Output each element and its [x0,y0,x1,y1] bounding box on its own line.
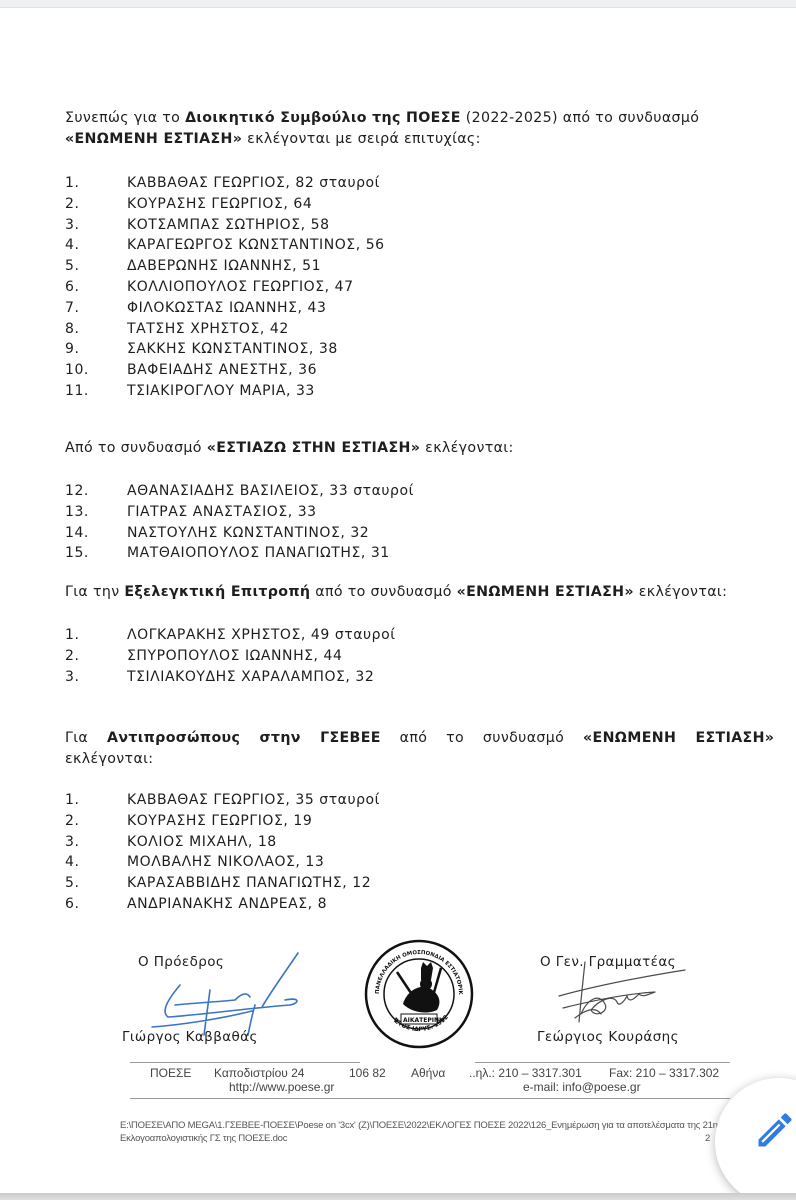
list-item-number: 1. [65,625,127,646]
list-item-number: 3. [65,667,127,688]
footer-address: Καποδιστρίου 24 [214,1066,304,1080]
list-item-number: 1. [65,173,127,194]
coalition-name: «ΕΝΩΜΕΝΗ ΕΣΤΙΑΣΗ» [65,131,242,147]
list-item: 7.ΦΙΛΟΚΩΣΤΑΣ ΙΩΑΝΝΗΣ, 43 [65,298,565,319]
list-item-number: 2. [65,811,127,832]
footer-city: Αθήνα [411,1066,445,1080]
list-item: 3.ΤΣΙΛΙΑΚΟΥΔΗΣ ΧΑΡΑΛΑΜΠΟΣ, 32 [65,667,565,688]
president-name: Γιώργος Καββαθάς [122,1029,258,1045]
viewer-bottom-bar [0,1193,796,1200]
list-item: 8.ΤΑΤΣΗΣ ΧΡΗΣΤΟΣ, 42 [65,319,565,340]
list-item: 10.ΒΑΦΕΙΑΔΗΣ ΑΝΕΣΤΗΣ, 36 [65,360,565,381]
list-item-number: 10. [65,360,127,381]
list-item-number: 5. [65,256,127,277]
audit-committee-list: 1.ΛΟΓΚΑΡΑΚΗΣ ΧΡΗΣΤΟΣ, 49 σταυροί2.ΣΠΥΡΟΠ… [65,625,565,687]
list-item: 3.ΚΟΛΙΟΣ ΜΙΧΑΗΛ, 18 [65,832,565,853]
footer-email[interactable]: e-mail: info@poese.gr [523,1080,641,1094]
list-item-text: ΚΑΒΒΑΘΑΣ ΓΕΩΡΓΙΟΣ, 35 σταυροί [127,790,380,811]
board-intro-paragraph: Συνεπώς για το Διοικητικό Συμβούλιο της … [65,108,775,150]
list-item: 9.ΣΑΚΚΗΣ ΚΩΝΣΤΑΝΤΙΝΟΣ, 38 [65,339,565,360]
footer-fax: Fax: 210 – 3317.302 [609,1066,719,1080]
list-item-text: ΔΑΒΕΡΩΝΗΣ ΙΩΑΝΝΗΣ, 51 [127,256,321,277]
coalition-name: «ΕΣΤΙΑΖΩ ΣΤΗΝ ΕΣΤΙΑΣΗ» [207,440,421,456]
president-signature [140,945,310,1040]
list-item: 1.ΛΟΓΚΑΡΑΚΗΣ ΧΡΗΣΤΟΣ, 49 σταυροί [65,625,565,646]
list-item: 2.ΣΠΥΡΟΠΟΥΛΟΣ ΙΩΑΝΝΗΣ, 44 [65,646,565,667]
list-item-number: 3. [65,215,127,236]
list-item-text: ΑΘΑΝΑΣΙΑΔΗΣ ΒΑΣΙΛΕΙΟΣ, 33 σταυροί [127,481,414,502]
list-item: 5.ΔΑΒΕΡΩΝΗΣ ΙΩΑΝΝΗΣ, 51 [65,256,565,277]
list-item-number: 3. [65,832,127,853]
list-item-text: ΚΑΡΑΣΑΒΒΙΔΗΣ ΠΑΝΑΓΙΩΤΗΣ, 12 [127,873,371,894]
secretary-signature [555,960,695,1030]
list-item-number: 4. [65,235,127,256]
footer-divider-bottom [130,1098,730,1099]
list-item-number: 12. [65,481,127,502]
list-item-number: 11. [65,381,127,402]
file-path-line-2: Εκλογοαπολογιστικής ΓΣ της ΠΟΕΣΕ.doc [120,1133,287,1144]
list-item-text: ΓΙΑΤΡΑΣ ΑΝΑΣΤΑΣΙΟΣ, 33 [127,502,317,523]
list-item: 1.ΚΑΒΒΑΘΑΣ ΓΕΩΡΓΙΟΣ, 82 σταυροί [65,173,565,194]
svg-text:Α. ΑΙΚΑΤΕΡΙΝΗ: Α. ΑΙΚΑΤΕΡΙΝΗ [394,1017,444,1024]
list-item-text: ΤΣΙΛΙΑΚΟΥΔΗΣ ΧΑΡΑΛΑΜΠΟΣ, 32 [127,667,374,688]
list-item: 4.ΜΟΛΒΑΛΗΣ ΝΙΚΟΛΑΟΣ, 13 [65,852,565,873]
list-item-text: ΦΙΛΟΚΩΣΤΑΣ ΙΩΑΝΝΗΣ, 43 [127,298,326,319]
list-item-text: ΚΟΥΡΑΣΗΣ ΓΕΩΡΓΙΟΣ, 64 [127,194,312,215]
list-item: 2.ΚΟΥΡΑΣΗΣ ΓΕΩΡΓΙΟΣ, 64 [65,194,565,215]
list-item-text: ΣΠΥΡΟΠΟΥΛΟΣ ΙΩΑΝΝΗΣ, 44 [127,646,342,667]
secretary-name: Γεώργιος Κουράσης [537,1029,679,1045]
page-number: 2 [705,1133,710,1144]
list-item-text: ΛΟΓΚΑΡΑΚΗΣ ΧΡΗΣΤΟΣ, 49 σταυροί [127,625,396,646]
list-item: 6.ΚΟΛΛΙΟΠΟΥΛΟΣ ΓΕΩΡΓΙΟΣ, 47 [65,277,565,298]
representatives-list: 1.ΚΑΒΒΑΘΑΣ ΓΕΩΡΓΙΟΣ, 35 σταυροί2.ΚΟΥΡΑΣΗ… [65,790,565,915]
list-item-text: ΚΑΡΑΓΕΩΡΓΟΣ ΚΩΝΣΤΑΝΤΙΝΟΣ, 56 [127,235,385,256]
footer-website[interactable]: http://www.poese.gr [229,1080,334,1094]
list-item-number: 4. [65,852,127,873]
list-item: 15.ΜΑΤΘΑΙΟΠΟΥΛΟΣ ΠΑΝΑΓΙΩΤΗΣ, 31 [65,543,565,564]
list-item-text: ΚΟΛΙΟΣ ΜΙΧΑΗΛ, 18 [127,832,277,853]
list-item-text: ΚΟΛΛΙΟΠΟΥΛΟΣ ΓΕΩΡΓΙΟΣ, 47 [127,277,354,298]
representatives-paragraph: Για Αντιπροσώπους στην ΓΣΕΒΕΕ από το συν… [65,728,775,770]
footer-divider-top-right [475,1062,730,1063]
list-item-number: 6. [65,277,127,298]
viewer-top-bar [0,0,796,8]
list-item-number: 2. [65,646,127,667]
audit-committee-title: Εξελεγκτική Επιτροπή [124,584,310,600]
organization-seal: ΠΑΝΕΛΛΑΔΙΚΗ ΟΜΟΣΠΟΝΔΙΑ ΕΣΤΙΑΤΟΡΙΚΩΝ - ΣΥ… [363,938,475,1050]
list-item-number: 8. [65,319,127,340]
list-item: 14.ΝΑΣΤΟΥΛΗΣ ΚΩΝΣΤΑΝΤΙΝΟΣ, 32 [65,523,565,544]
list-item: 1.ΚΑΒΒΑΘΑΣ ΓΕΩΡΓΙΟΣ, 35 σταυροί [65,790,565,811]
svg-text:ΠΑΝΕΛΛΑΔΙΚΗ ΟΜΟΣΠΟΝΔΙΑ ΕΣΤΙΑΤΟ: ΠΑΝΕΛΛΑΔΙΚΗ ΟΜΟΣΠΟΝΔΙΑ ΕΣΤΙΑΤΟΡΙΚΩΝ - ΣΥ… [363,938,463,996]
list-item-number: 7. [65,298,127,319]
list-item: 12.ΑΘΑΝΑΣΙΑΔΗΣ ΒΑΣΙΛΕΙΟΣ, 33 σταυροί [65,481,565,502]
file-path-line-1: E:\ΠΟΕΣΕ\ΑΠΟ MEGA\1.ΓΣΕΒΕΕ-ΠΟΕΣΕ\Poese o… [120,1120,758,1131]
list-item: 4.ΚΑΡΑΓΕΩΡΓΟΣ ΚΩΝΣΤΑΝΤΙΝΟΣ, 56 [65,235,565,256]
representatives-title: Αντιπροσώπους στην ΓΣΕΒΕΕ [107,730,381,746]
footer-org: ΠΟΕΣΕ [150,1066,191,1080]
list-item-text: ΚΑΒΒΑΘΑΣ ΓΕΩΡΓΙΟΣ, 82 σταυροί [127,173,380,194]
list-item-number: 9. [65,339,127,360]
list-item-number: 2. [65,194,127,215]
list-item: 11.ΤΣΙΑΚΙΡΟΓΛΟΥ ΜΑΡΙΑ, 33 [65,381,565,402]
list-item-text: ΑΝΔΡΙΑΝΑΚΗΣ ΑΝΔΡΕΑΣ, 8 [127,894,327,915]
board-title: Διοικητικό Συμβούλιο της ΠΟΕΣΕ [185,110,461,126]
list-item-number: 5. [65,873,127,894]
list-item-number: 14. [65,523,127,544]
list-item-text: ΜΑΤΘΑΙΟΠΟΥΛΟΣ ΠΑΝΑΓΙΩΤΗΣ, 31 [127,543,390,564]
list-item-number: 13. [65,502,127,523]
coalition-name: «ΕΝΩΜΕΝΗ ΕΣΤΙΑΣΗ» [457,584,634,600]
list-item-text: ΚΟΥΡΑΣΗΣ ΓΕΩΡΓΙΟΣ, 19 [127,811,312,832]
list-item-text: ΣΑΚΚΗΣ ΚΩΝΣΤΑΝΤΙΝΟΣ, 38 [127,339,338,360]
list-item-text: ΚΟΤΣΑΜΠΑΣ ΣΩΤΗΡΙΟΣ, 58 [127,215,330,236]
list-item-text: ΤΑΤΣΗΣ ΧΡΗΣΤΟΣ, 42 [127,319,289,340]
audit-committee-paragraph: Για την Εξελεγκτική Επιτροπή από το συνδ… [65,582,775,603]
coalition-name: «ΕΝΩΜΕΝΗ ΕΣΤΙΑΣΗ» [583,730,774,746]
list-item: 5.ΚΑΡΑΣΑΒΒΙΔΗΣ ΠΑΝΑΓΙΩΤΗΣ, 12 [65,873,565,894]
list-item-number: 6. [65,894,127,915]
footer-postcode: 106 82 [349,1066,386,1080]
list-item-text: ΒΑΦΕΙΑΔΗΣ ΑΝΕΣΤΗΣ, 36 [127,360,317,381]
list-item-text: ΜΟΛΒΑΛΗΣ ΝΙΚΟΛΑΟΣ, 13 [127,852,324,873]
list-item-number: 1. [65,790,127,811]
second-coalition-paragraph: Από το συνδυασμό «ΕΣΤΙΑΖΩ ΣΤΗΝ ΕΣΤΙΑΣΗ» … [65,438,775,459]
list-item-text: ΤΣΙΑΚΙΡΟΓΛΟΥ ΜΑΡΙΑ, 33 [127,381,315,402]
board-elected-list: 1.ΚΑΒΒΑΘΑΣ ΓΕΩΡΓΙΟΣ, 82 σταυροί2.ΚΟΥΡΑΣΗ… [65,173,565,402]
list-item-text: ΝΑΣΤΟΥΛΗΣ ΚΩΝΣΤΑΝΤΙΝΟΣ, 32 [127,523,369,544]
footer-phone: ..ηλ.: 210 – 3317.301 [469,1066,582,1080]
second-coalition-list: 12.ΑΘΑΝΑΣΙΑΔΗΣ ΒΑΣΙΛΕΙΟΣ, 33 σταυροί13.Γ… [65,481,565,564]
footer-divider-top-left [130,1062,360,1063]
list-item: 6.ΑΝΔΡΙΑΝΑΚΗΣ ΑΝΔΡΕΑΣ, 8 [65,894,565,915]
list-item: 13.ΓΙΑΤΡΑΣ ΑΝΑΣΤΑΣΙΟΣ, 33 [65,502,565,523]
list-item: 2.ΚΟΥΡΑΣΗΣ ΓΕΩΡΓΙΟΣ, 19 [65,811,565,832]
list-item-number: 15. [65,543,127,564]
list-item: 3.ΚΟΤΣΑΜΠΑΣ ΣΩΤΗΡΙΟΣ, 58 [65,215,565,236]
pencil-icon [753,1108,796,1152]
